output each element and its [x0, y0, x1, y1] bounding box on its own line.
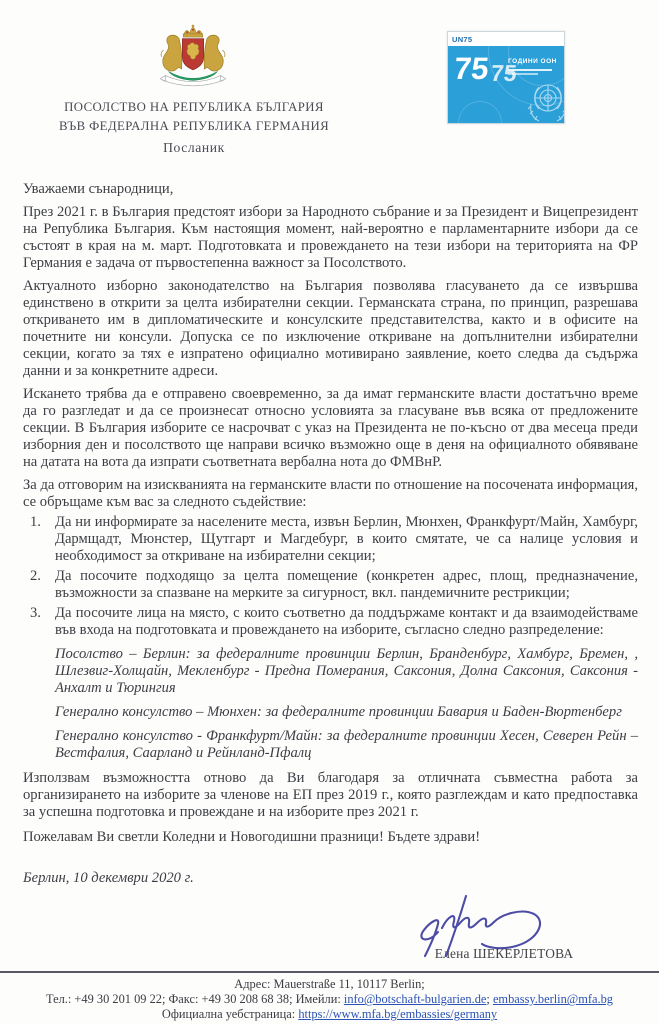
- footer-divider: [0, 971, 659, 973]
- embassy-name-line2: ВЪВ ФЕДЕРАЛНА РЕПУБЛИКА ГЕРМАНИЯ: [36, 117, 352, 136]
- un75-tagline-bar: [508, 73, 538, 75]
- list-text: Да ни информирате за населените места, и…: [55, 514, 638, 565]
- supporter-lion-right: [204, 35, 225, 71]
- footer-address: Адрес: Mauerstraße 11, 10117 Berlin;: [10, 977, 649, 992]
- list-text: Да посочите подходящо за целта помещение…: [55, 568, 638, 602]
- un75-tagline-bar: [508, 69, 552, 71]
- list-item-3: 3. Да посочите лица на място, с които съ…: [23, 605, 638, 639]
- un-emblem-icon: [518, 78, 564, 123]
- un75-panel: 75 75 ГОДИНИ ООН: [448, 46, 564, 123]
- compartment-ribbon: [160, 71, 225, 85]
- letter-body: Уважаеми сънародници, През 2021 г. в Бъл…: [23, 181, 638, 887]
- un75-wordmark-strip: UN75: [448, 32, 564, 46]
- salutation: Уважаеми сънародници,: [23, 181, 638, 198]
- signer-name: Елена ШЕКЕРЛЕТОВА: [418, 946, 590, 962]
- un75-logo: UN75 75 75 ГОДИНИ ООН: [447, 31, 565, 124]
- closing-paragraph-1: Използвам възможността отново да Ви благ…: [23, 770, 638, 821]
- list-text: Да посочите лица на място, с които съотв…: [55, 605, 638, 639]
- supporter-lion-left: [161, 35, 182, 71]
- footer-contacts-label: Тел.: +49 30 201 09 22; Факс: +49 30 208…: [46, 992, 344, 1006]
- website-label: Официална уебстраница:: [162, 1007, 298, 1021]
- paragraph-4: За да отговорим на изискванията на герма…: [23, 477, 638, 511]
- embassy-name-line1: ПОСОЛСТВО НА РЕПУБЛИКА БЪЛГАРИЯ: [36, 98, 352, 117]
- ambassador-title: Посланик: [36, 140, 352, 156]
- shield: [182, 39, 203, 70]
- letter-page: ПОСОЛСТВО НА РЕПУБЛИКА БЪЛГАРИЯ ВЪВ ФЕДЕ…: [0, 0, 659, 1024]
- decorative-ring: [458, 101, 502, 123]
- list-number: 2.: [23, 568, 55, 602]
- footer-website: Официална уебстраница: https://www.mfa.b…: [10, 1007, 649, 1022]
- paragraph-2: Актуалното изборно законодателство на Бъ…: [23, 278, 638, 380]
- assignment-munich: Генерално консулство – Мюнхен: за федера…: [55, 704, 638, 721]
- un75-numeral: 75: [452, 54, 490, 84]
- paragraph-3: Искането трябва да е отправено своевреме…: [23, 386, 638, 471]
- email-link-1[interactable]: info@botschaft-bulgarien.de: [344, 992, 487, 1006]
- crown: [183, 25, 203, 37]
- email-link-2[interactable]: embassy.berlin@mfa.bg: [493, 992, 613, 1006]
- paragraph-1: През 2021 г. в България предстоят избори…: [23, 204, 638, 272]
- closing-paragraph-2: Пожелавам Ви светли Коледни и Новогодишн…: [23, 829, 638, 846]
- letterhead: ПОСОЛСТВО НА РЕПУБЛИКА БЪЛГАРИЯ ВЪВ ФЕДЕ…: [36, 98, 352, 156]
- un75-wordmark: UN75: [448, 35, 472, 44]
- list-item-1: 1. Да ни информирате за населените места…: [23, 514, 638, 565]
- footer: Адрес: Mauerstraße 11, 10117 Berlin; Тел…: [10, 977, 649, 1023]
- assignment-frankfurt: Генерално консулство - Франкфурт/Майн: з…: [55, 728, 638, 762]
- assignment-berlin: Посолство – Берлин: за федералните прови…: [55, 646, 638, 697]
- un75-caption: ГОДИНИ ООН: [508, 58, 557, 65]
- website-link[interactable]: https://www.mfa.bg/embassies/germany: [298, 1007, 497, 1021]
- list-item-2: 2. Да посочите подходящо за целта помеще…: [23, 568, 638, 602]
- dateline: Берлин, 10 декември 2020 г.: [23, 870, 638, 887]
- bulgaria-coat-of-arms-icon: [152, 24, 234, 101]
- list-number: 3.: [23, 605, 55, 639]
- footer-contacts: Тел.: +49 30 201 09 22; Факс: +49 30 208…: [10, 992, 649, 1007]
- list-number: 1.: [23, 514, 55, 565]
